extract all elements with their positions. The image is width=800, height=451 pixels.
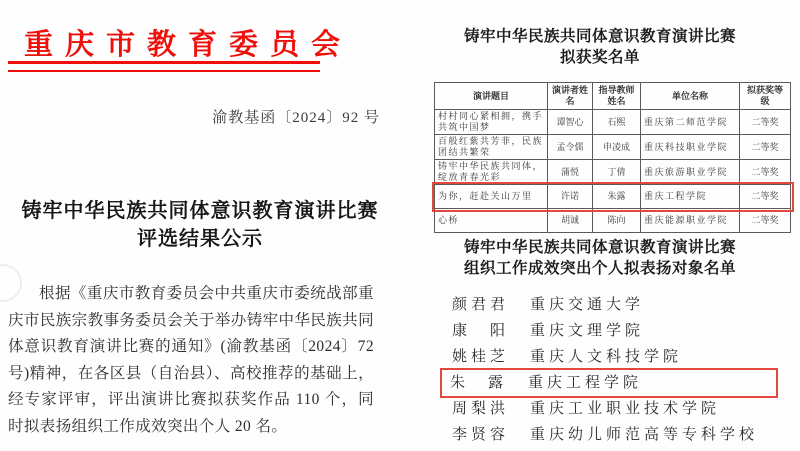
red-double-rule: [8, 61, 320, 72]
person-name: 李贤容: [452, 422, 518, 448]
person-name: 周梨洪: [452, 396, 518, 422]
unit-cell: 重庆工程学院: [641, 185, 740, 209]
list-item: 姚桂芝重庆人文科技学院: [452, 344, 776, 370]
document-page-left: 重庆市教育委员会 渝教基函〔2024〕92 号 铸牢中华民族共同体意识教育演讲比…: [0, 0, 400, 451]
award-table: 演讲题目演讲者姓名指导教师姓名单位名称拟获奖等级 村村同心紧相拥，携手共筑中国梦…: [434, 82, 791, 233]
table-row: 百般红紫共芳菲，民族团结共繁荣孟令儒申凌成重庆科技职业学院二等奖: [435, 135, 791, 160]
scanned-document: 重庆市教育委员会 渝教基函〔2024〕92 号 铸牢中华民族共同体意识教育演讲比…: [0, 0, 800, 451]
award-section-title: 铸牢中华民族共同体意识教育演讲比赛 拟获奖名单: [400, 26, 800, 68]
list-item: 颜君君重庆交通大学: [452, 292, 776, 318]
unit-cell: 重庆第二师范学院: [641, 110, 740, 135]
agency-header: 重庆市教育委员会: [24, 22, 352, 63]
award-cell: 二等奖: [740, 110, 791, 135]
table-row: 村村同心紧相拥，携手共筑中国梦谭智心石熙重庆第二师范学院二等奖: [435, 110, 791, 135]
speaker-cell: 孟令儒: [548, 135, 593, 160]
award-table-header-row: 演讲题目演讲者姓名指导教师姓名单位名称拟获奖等级: [435, 83, 791, 110]
column-header: 演讲者姓名: [548, 83, 593, 110]
topic-cell: 为你，赶赴关山万里: [435, 185, 548, 209]
person-name: 朱 露: [450, 370, 516, 396]
topic-cell: 铸牢中华民族共同体，绽放青春光彩: [435, 160, 548, 185]
person-name: 姚桂芝: [452, 344, 518, 370]
person-unit: 重庆交通大学: [530, 297, 644, 313]
document-title-line2: 评选结果公示: [0, 225, 400, 253]
document-title: 铸牢中华民族共同体意识教育演讲比赛 评选结果公示: [0, 197, 400, 253]
unit-cell: 重庆旅游职业学院: [641, 160, 740, 185]
column-header: 拟获奖等级: [740, 83, 791, 110]
person-name: 颜君君: [452, 292, 518, 318]
person-unit: 重庆工业职业技术学院: [530, 401, 720, 417]
teacher-cell: 朱露: [593, 185, 641, 209]
commend-title-line1: 铸牢中华民族共同体意识教育演讲比赛: [400, 237, 800, 258]
list-item: 周梨洪重庆工业职业技术学院: [452, 396, 776, 422]
award-cell: 二等奖: [740, 135, 791, 160]
speaker-cell: 蒲悦: [548, 160, 593, 185]
speaker-cell: 许诺: [548, 185, 593, 209]
topic-cell: 百般红紫共芳菲，民族团结共繁荣: [435, 135, 548, 160]
person-unit: 重庆工程学院: [528, 375, 642, 391]
document-title-line1: 铸牢中华民族共同体意识教育演讲比赛: [0, 197, 400, 225]
document-number: 渝教基函〔2024〕92 号: [0, 106, 380, 127]
unit-cell: 重庆科技职业学院: [641, 135, 740, 160]
topic-cell: 心桥: [435, 209, 548, 233]
speaker-cell: 谭智心: [548, 110, 593, 135]
person-unit: 重庆人文科技学院: [530, 349, 682, 365]
document-page-right: 铸牢中华民族共同体意识教育演讲比赛 拟获奖名单 演讲题目演讲者姓名指导教师姓名单…: [400, 0, 800, 451]
topic-cell: 村村同心紧相拥，携手共筑中国梦: [435, 110, 548, 135]
award-title-line2: 拟获奖名单: [400, 47, 800, 68]
list-item-highlighted: 朱 露重庆工程学院: [442, 370, 776, 396]
column-header: 演讲题目: [435, 83, 548, 110]
table-row: 心桥胡诚陈向重庆能源职业学院二等奖: [435, 209, 791, 233]
person-unit: 重庆幼儿师范高等专科学校: [530, 427, 758, 443]
teacher-cell: 石熙: [593, 110, 641, 135]
table-row: 铸牢中华民族共同体，绽放青春光彩蒲悦丁倩重庆旅游职业学院二等奖: [435, 160, 791, 185]
award-cell: 二等奖: [740, 160, 791, 185]
commend-title-line2: 组织工作成效突出个人拟表扬对象名单: [400, 258, 800, 279]
column-header: 指导教师姓名: [593, 83, 641, 110]
teacher-cell: 丁倩: [593, 160, 641, 185]
person-name: 康 阳: [452, 318, 518, 344]
table-row-highlighted: 为你，赶赴关山万里许诺朱露重庆工程学院二等奖: [435, 185, 791, 209]
award-title-line1: 铸牢中华民族共同体意识教育演讲比赛: [400, 26, 800, 47]
document-body: 根据《重庆市教育委员会中共重庆市委统战部重庆市民族宗教事务委员会关于举办铸牢中华…: [8, 281, 374, 440]
list-item: 康 阳重庆文理学院: [452, 318, 776, 344]
award-cell: 二等奖: [740, 185, 791, 209]
teacher-cell: 陈向: [593, 209, 641, 233]
unit-cell: 重庆能源职业学院: [641, 209, 740, 233]
award-cell: 二等奖: [740, 209, 791, 233]
teacher-cell: 申凌成: [593, 135, 641, 160]
list-item: 李贤容重庆幼儿师范高等专科学校: [452, 422, 776, 448]
commend-list: 颜君君重庆交通大学康 阳重庆文理学院姚桂芝重庆人文科技学院朱 露重庆工程学院周梨…: [452, 292, 776, 448]
column-header: 单位名称: [641, 83, 740, 110]
commend-section-title: 铸牢中华民族共同体意识教育演讲比赛 组织工作成效突出个人拟表扬对象名单: [400, 237, 800, 279]
person-unit: 重庆文理学院: [530, 323, 644, 339]
speaker-cell: 胡诚: [548, 209, 593, 233]
